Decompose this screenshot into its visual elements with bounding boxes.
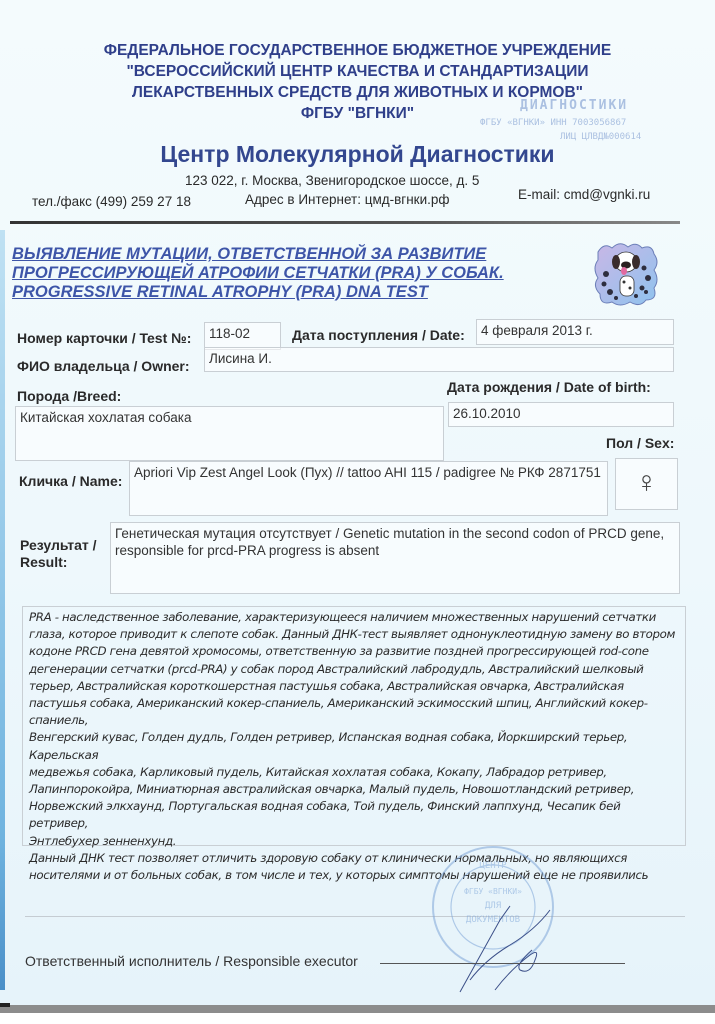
pet-name-label: Кличка / Name:: [19, 473, 122, 489]
test-number-field: 118-02: [204, 322, 281, 350]
description-line: Энтлебухер зенненхунд.: [29, 833, 679, 850]
disease-description: PRA - наследственное заболевание, характ…: [22, 606, 686, 846]
institution-line-1: ФЕДЕРАЛЬНОЕ ГОСУДАРСТВЕННОЕ БЮДЖЕТНОЕ УЧ…: [0, 42, 715, 60]
description-line: кодоне PRCD гена девятой хромосомы, отве…: [29, 643, 679, 660]
test-title-line-2: ПРОГРЕССИРУЮЩЕЙ АТРОФИИ СЕТЧАТКИ (PRA) У…: [12, 264, 504, 283]
sex-label: Пол / Sex:: [606, 435, 674, 451]
svg-text:ФГБУ «ВГНКИ»: ФГБУ «ВГНКИ»: [464, 887, 522, 896]
date-of-birth-field: 26.10.2010: [448, 402, 674, 427]
stamp-line-1: ДИАГНОСТИКИ: [520, 98, 628, 113]
footer-divider: [25, 916, 685, 917]
pet-name-field: Apriori Vip Zest Angel Look (Пух) // tat…: [129, 461, 608, 516]
date-received-field: 4 февраля 2013 г.: [476, 319, 674, 345]
signature-line: [380, 963, 625, 964]
website-link[interactable]: Адрес в Интернет: цмд-вгнки.рф: [245, 192, 449, 207]
female-sex-icon: ♀: [615, 458, 678, 510]
stamp-line-2: ФГБУ «ВГНКИ» ИНН 7003056867: [480, 118, 626, 128]
description-line: носителями и от больных собак, в том чис…: [29, 867, 679, 884]
result-label-line-2: Result:: [20, 554, 67, 570]
address: 123 022, г. Москва, Звенигородское шоссе…: [185, 173, 479, 188]
description-line: пастушья собака, Американский кокер-спан…: [29, 695, 679, 729]
scan-bottom-edge: [0, 1005, 715, 1013]
description-line: глаза, которое приводит к слепоте собак.…: [29, 626, 679, 643]
description-line: Лапинпорокойра, Миниатюрная австралийска…: [29, 781, 679, 798]
description-line: дегенерации сетчатки (prcd-PRA) у собак …: [29, 661, 679, 678]
result-field: Генетическая мутация отсутствует / Genet…: [110, 522, 680, 594]
header-divider: [10, 221, 680, 224]
scan-edge: [0, 230, 5, 990]
owner-field: Лисина И.: [204, 347, 674, 372]
center-title: Центр Молекулярной Диагностики: [0, 141, 715, 168]
institution-line-2: "ВСЕРОССИЙСКИЙ ЦЕНТР КАЧЕСТВА И СТАНДАРТ…: [0, 63, 715, 81]
certificate-page: ФЕДЕРАЛЬНОЕ ГОСУДАРСТВЕННОЕ БЮДЖЕТНОЕ УЧ…: [0, 0, 715, 1005]
description-line: Венгерский кувас, Голден дудль, Голден р…: [29, 729, 679, 763]
description-line: Норвежский элкхаунд, Португальская водна…: [29, 798, 679, 832]
breed-label: Порода /Breed:: [17, 388, 121, 404]
test-title-line-3: PROGRESSIVE RETINAL ATROPHY (PRA) DNA TE…: [12, 283, 504, 302]
svg-text:ЦЕНТР: ЦЕНТР: [479, 861, 507, 871]
date-of-birth-label: Дата рождения / Date of birth:: [447, 379, 651, 395]
owner-label: ФИО владельца / Owner:: [17, 358, 190, 374]
dalmatian-logo-icon: [590, 238, 662, 310]
description-line: Данный ДНК тест позволяет отличить здоро…: [29, 850, 679, 867]
description-line: медвежья собака, Карликовый пудель, Кита…: [29, 764, 679, 781]
scan-corner-mark: [0, 1003, 10, 1007]
result-label-line-1: Результат /: [20, 537, 97, 553]
responsible-executor-label: Ответственный исполнитель / Responsible …: [25, 953, 358, 969]
signature-icon: [440, 900, 570, 995]
breed-field: Китайская хохлатая собака: [15, 406, 444, 461]
phone: тел./факс (499) 259 27 18: [32, 194, 191, 209]
date-received-label: Дата поступления / Date:: [292, 327, 465, 343]
email-link[interactable]: E-mail: cmd@vgnki.ru: [518, 187, 650, 202]
test-title-line-1: ВЫЯВЛЕНИЕ МУТАЦИИ, ОТВЕТСТВЕННОЙ ЗА РАЗВ…: [12, 245, 504, 264]
description-line: терьер, Австралийская короткошерстная па…: [29, 678, 679, 695]
bottom-margin: [0, 1013, 715, 1024]
description-line: PRA - наследственное заболевание, характ…: [29, 609, 679, 626]
test-title: ВЫЯВЛЕНИЕ МУТАЦИИ, ОТВЕТСТВЕННОЙ ЗА РАЗВ…: [12, 245, 504, 302]
test-number-label: Номер карточки / Test №:: [17, 330, 191, 346]
